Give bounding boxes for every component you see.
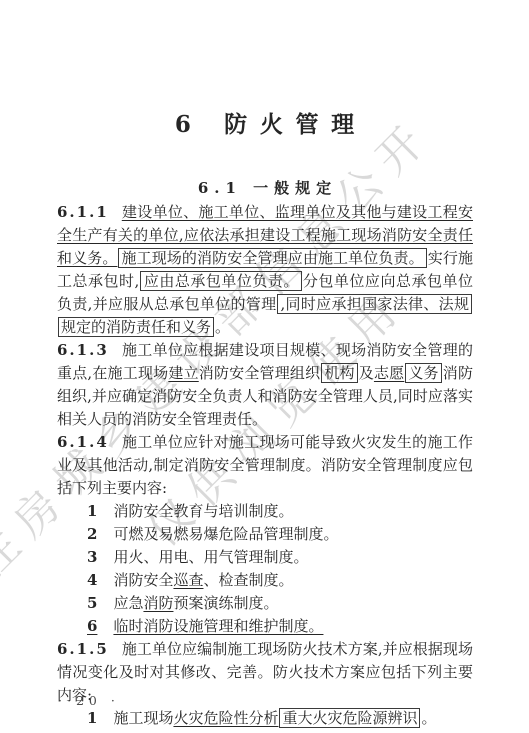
- clause-6.1.1: 6.1.1建设单位、施工单位、监理单位及其他与建设工程安全生产有关的单位,应依法…: [57, 201, 473, 339]
- page-number: · 20 ·: [58, 693, 120, 708]
- text-segment-box: 重大火灾危险源辨识: [279, 708, 420, 728]
- list-item-1: 1施工现场火灾危险性分析重大火灾危险源辨识。: [87, 707, 473, 730]
- text-segment-underline: 临时消防设施管理和维护制度。: [113, 617, 323, 635]
- text-segment-box: 义务: [405, 363, 441, 383]
- text-segment-underline: 巡查: [173, 571, 203, 589]
- clause-6.1.4: 6.1.4施工单位应针对施工现场可能导致火灾发生的施工作业及其他活动,制定消防安…: [57, 431, 473, 500]
- chapter-title: 6 防火管理: [0, 106, 529, 139]
- item-number: 3: [87, 548, 97, 566]
- text-segment-box: 应由总承包单位负责。: [140, 271, 302, 291]
- text-segment-underline: 火灾危险性分析: [173, 709, 278, 727]
- item-number: 2: [87, 525, 97, 543]
- document-body: 6.1.1建设单位、施工单位、监理单位及其他与建设工程安全生产有关的单位,应依法…: [57, 201, 473, 730]
- clause-number: 6.1.5: [57, 640, 109, 658]
- text-segment-plain: 。: [421, 709, 436, 727]
- text-segment-underline: 建立: [168, 364, 198, 382]
- clause-number: 6.1.1: [57, 203, 109, 221]
- list-item-6: 6临时消防设施管理和维护制度。: [87, 615, 473, 638]
- text-segment-plain: 消防安全管理组织: [199, 364, 321, 382]
- list-item-2: 2可燃及易燃易爆危险品管理制度。: [87, 523, 473, 546]
- document-page: 住房城乡建设部信息公开 仅供浏览使用 6 防火管理 6.1 一般规定 6.1.1…: [0, 0, 529, 733]
- clause-number: 6.1.3: [57, 341, 109, 359]
- text-segment-plain: 施工现场: [113, 709, 173, 727]
- text-segment-box: 施工现场的消防安全管理应由施工单位负责。: [118, 248, 426, 268]
- item-number: 1: [87, 709, 97, 727]
- section-title: 6.1 一般规定: [0, 177, 529, 198]
- text-segment-plain: 应急: [113, 594, 143, 612]
- list-item-5: 5应急消防预案演练制度。: [87, 592, 473, 615]
- text-segment-plain: 、检查制度。: [203, 571, 293, 589]
- text-segment-box: 机构: [321, 363, 357, 383]
- list-item-3: 3用火、用电、用气管理制度。: [87, 546, 473, 569]
- clause-number: 6.1.4: [57, 433, 109, 451]
- text-segment-plain: 。: [215, 318, 230, 336]
- text-segment-plain: 施工单位应针对施工现场可能导致火灾发生的施工作业及其他活动,制定消防安全管理制度…: [57, 433, 473, 497]
- item-number: 6: [87, 617, 97, 635]
- text-segment-plain: 用火、用电、用气管理制度。: [113, 548, 308, 566]
- text-segment-plain: 预案演练制度。: [173, 594, 278, 612]
- clause-6.1.3: 6.1.3施工单位应根据建设项目规模、现场消防安全管理的重点,在施工现场建立消防…: [57, 339, 473, 431]
- list-item-4: 4消防安全巡查、检查制度。: [87, 569, 473, 592]
- item-number: 4: [87, 571, 97, 589]
- text-segment-underline: 志愿: [374, 364, 404, 382]
- text-segment-plain: 可燃及易燃易爆危险品管理制度。: [113, 525, 338, 543]
- text-segment-plain: 及: [359, 364, 374, 382]
- text-segment-underline: 消防: [143, 594, 173, 612]
- text-segment-plain: 消防安全教育与培训制度。: [113, 502, 293, 520]
- item-number: 5: [87, 594, 97, 612]
- item-number: 1: [87, 502, 97, 520]
- text-segment-plain: 消防安全: [113, 571, 173, 589]
- list-item-1: 1消防安全教育与培训制度。: [87, 500, 473, 523]
